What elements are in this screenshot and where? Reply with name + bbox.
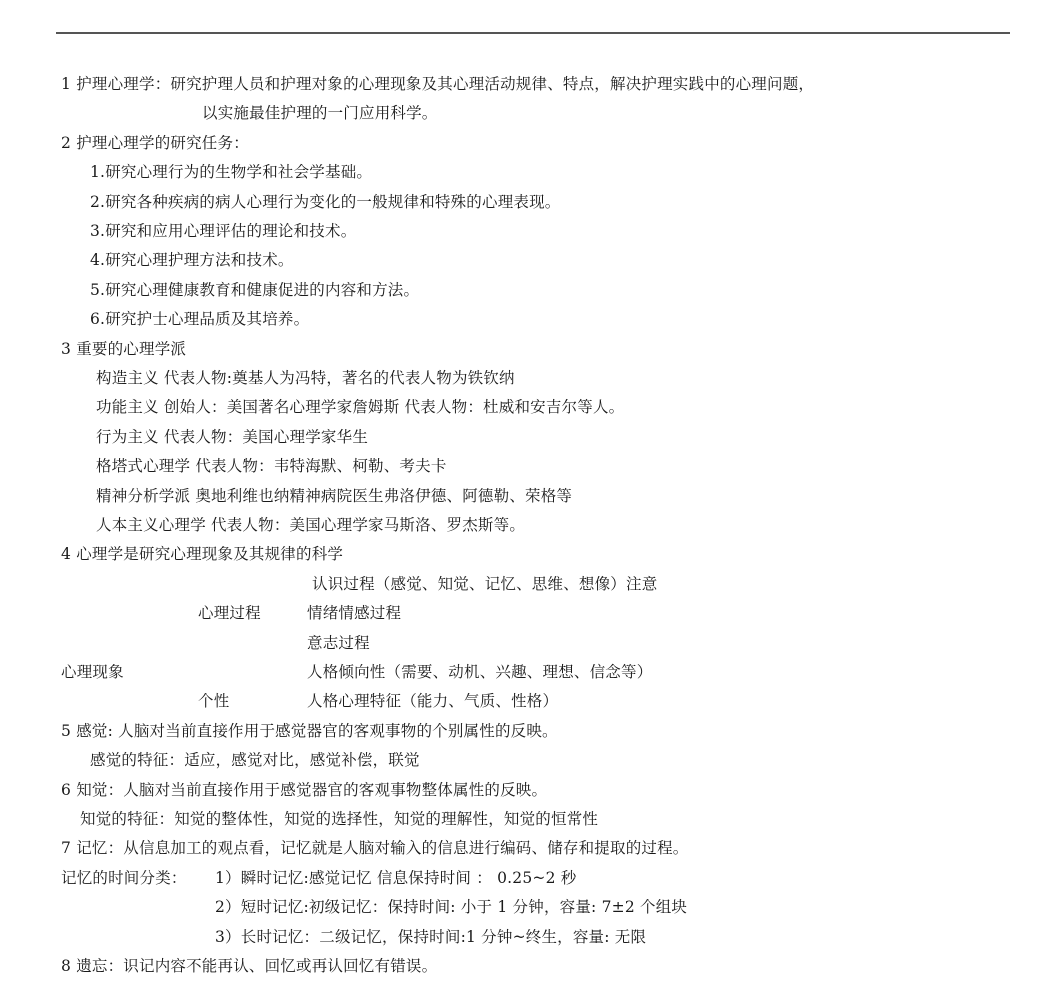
task-item-3: 3.研究和应用心理评估的理论和技术。 bbox=[90, 217, 356, 246]
memory-classification-label: 记忆的时间分类： bbox=[61, 864, 187, 893]
memory-sensory: 1）瞬时记忆:感觉记忆 信息保持时间 ： 0.25~2 秒 bbox=[215, 864, 576, 893]
memory-short-term: 2）短时记忆:初级记忆：保持时间: 小于 1 分钟，容量: 7±2 个组块 bbox=[215, 893, 687, 922]
section-heading: 3 重要的心理学派 bbox=[61, 335, 186, 364]
task-item-2: 2.研究各种疾病的病人心理行为变化的一般规律和特殊的心理表现。 bbox=[90, 188, 561, 217]
school-structuralism: 构造主义 代表人物:奠基人为冯特，著名的代表人物为铁钦纳 bbox=[96, 364, 515, 393]
section-heading: 7 记忆：从信息加工的观点看，记忆就是人脑对输入的信息进行编码、储存和提取的过程… bbox=[61, 834, 689, 863]
section-heading: 2 护理心理学的研究任务： bbox=[61, 129, 249, 158]
section-heading: 4 心理学是研究心理现象及其规律的科学 bbox=[61, 540, 343, 569]
school-functionalism: 功能主义 创始人：美国著名心理学家詹姆斯 代表人物：杜威和安吉尔等人。 bbox=[96, 393, 624, 422]
process-will: 意志过程 bbox=[307, 629, 370, 658]
task-item-5: 5.研究心理健康教育和健康促进的内容和方法。 bbox=[90, 276, 419, 305]
section-heading: 6 知觉：人脑对当前直接作用于感觉器官的客观事物整体属性的反映。 bbox=[61, 776, 547, 805]
task-item-1: 1.研究心理行为的生物学和社会学基础。 bbox=[90, 158, 372, 187]
section-heading: 8 遗忘：识记内容不能再认、回忆或再认回忆有错误。 bbox=[61, 952, 437, 981]
perception-features: 知觉的特征：知觉的整体性，知觉的选择性，知觉的理解性，知觉的恒常性 bbox=[80, 805, 598, 834]
process-emotion: 情绪情感过程 bbox=[307, 599, 401, 628]
school-behaviorism: 行为主义 代表人物：美国心理学家华生 bbox=[96, 423, 368, 452]
branch-mental-process: 心理过程 bbox=[198, 599, 261, 628]
section-1-definition: 1 护理心理学：研究护理人员和护理对象的心理现象及其心理活动规律、特点，解决护理… bbox=[61, 70, 814, 99]
memory-long-term: 3）长时记忆：二级记忆，保持时间:1 分钟~终生，容量: 无限 bbox=[215, 923, 646, 952]
personality-tendency: 人格倾向性（需要、动机、兴趣、理想、信念等） bbox=[307, 658, 652, 687]
sensation-features: 感觉的特征：适应，感觉对比，感觉补偿，联觉 bbox=[90, 746, 420, 775]
task-item-4: 4.研究心理护理方法和技术。 bbox=[90, 246, 294, 275]
personality-traits: 人格心理特征（能力、气质、性格） bbox=[307, 687, 558, 716]
process-cognition: 认识过程（感觉、知觉、记忆、思维、想像）注意 bbox=[312, 570, 657, 599]
school-gestalt: 格塔式心理学 代表人物：韦特海默、柯勒、考夫卡 bbox=[96, 452, 447, 481]
tree-root-mental-phenomena: 心理现象 bbox=[61, 658, 124, 687]
section-1-definition-cont: 以实施最佳护理的一门应用科学。 bbox=[202, 99, 438, 128]
branch-personality: 个性 bbox=[198, 687, 229, 716]
school-humanism: 人本主义心理学 代表人物：美国心理学家马斯洛、罗杰斯等。 bbox=[96, 511, 525, 540]
task-item-6: 6.研究护士心理品质及其培养。 bbox=[90, 305, 309, 334]
header-rule bbox=[56, 32, 1010, 34]
school-psychoanalysis: 精神分析学派 奥地利维也纳精神病院医生弗洛伊德、阿德勒、荣格等 bbox=[96, 482, 572, 511]
section-heading: 5 感觉: 人脑对当前直接作用于感觉器官的客观事物的个别属性的反映。 bbox=[61, 717, 558, 746]
